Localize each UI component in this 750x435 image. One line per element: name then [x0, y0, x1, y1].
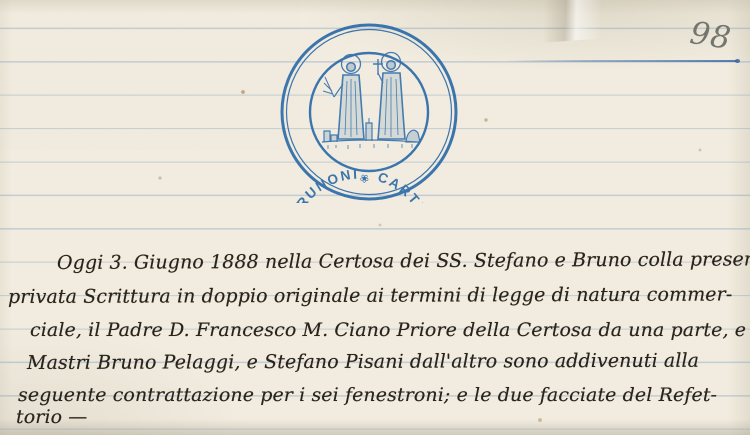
manuscript-line: torio —	[16, 406, 87, 428]
manuscript-line: seguente contrattazione per i sei fenest…	[18, 384, 717, 406]
folio-number-pencil: 98	[687, 15, 734, 57]
dark-ruled-line-segment	[505, 60, 737, 62]
saint-bruno-figure	[373, 53, 405, 140]
stamp-middle-ring	[287, 30, 452, 195]
manuscript-line: Oggi 3. Giugno 1888 nella Certosa dei SS…	[57, 248, 750, 274]
stamp-inner-ring	[310, 53, 428, 171]
document-scan: CARTUSIA SANCTORUM STEPHANI ET BRUNONIS …	[0, 0, 750, 435]
flower-icon: ❀	[359, 172, 369, 186]
monastery-stamp: CARTUSIA SANCTORUM STEPHANI ET BRUNONIS …	[278, 21, 460, 203]
manuscript-line: ciale, il Padre D. Francesco M. Ciano Pr…	[30, 319, 746, 341]
manuscript-line: Mastri Bruno Pelaggi, e Stefano Pisani d…	[27, 350, 699, 374]
paper-grain-texture	[0, 0, 300, 150]
manuscript-line: privata Scrittura in doppio originale ai…	[8, 283, 732, 308]
palm-branch-icon	[323, 77, 334, 97]
